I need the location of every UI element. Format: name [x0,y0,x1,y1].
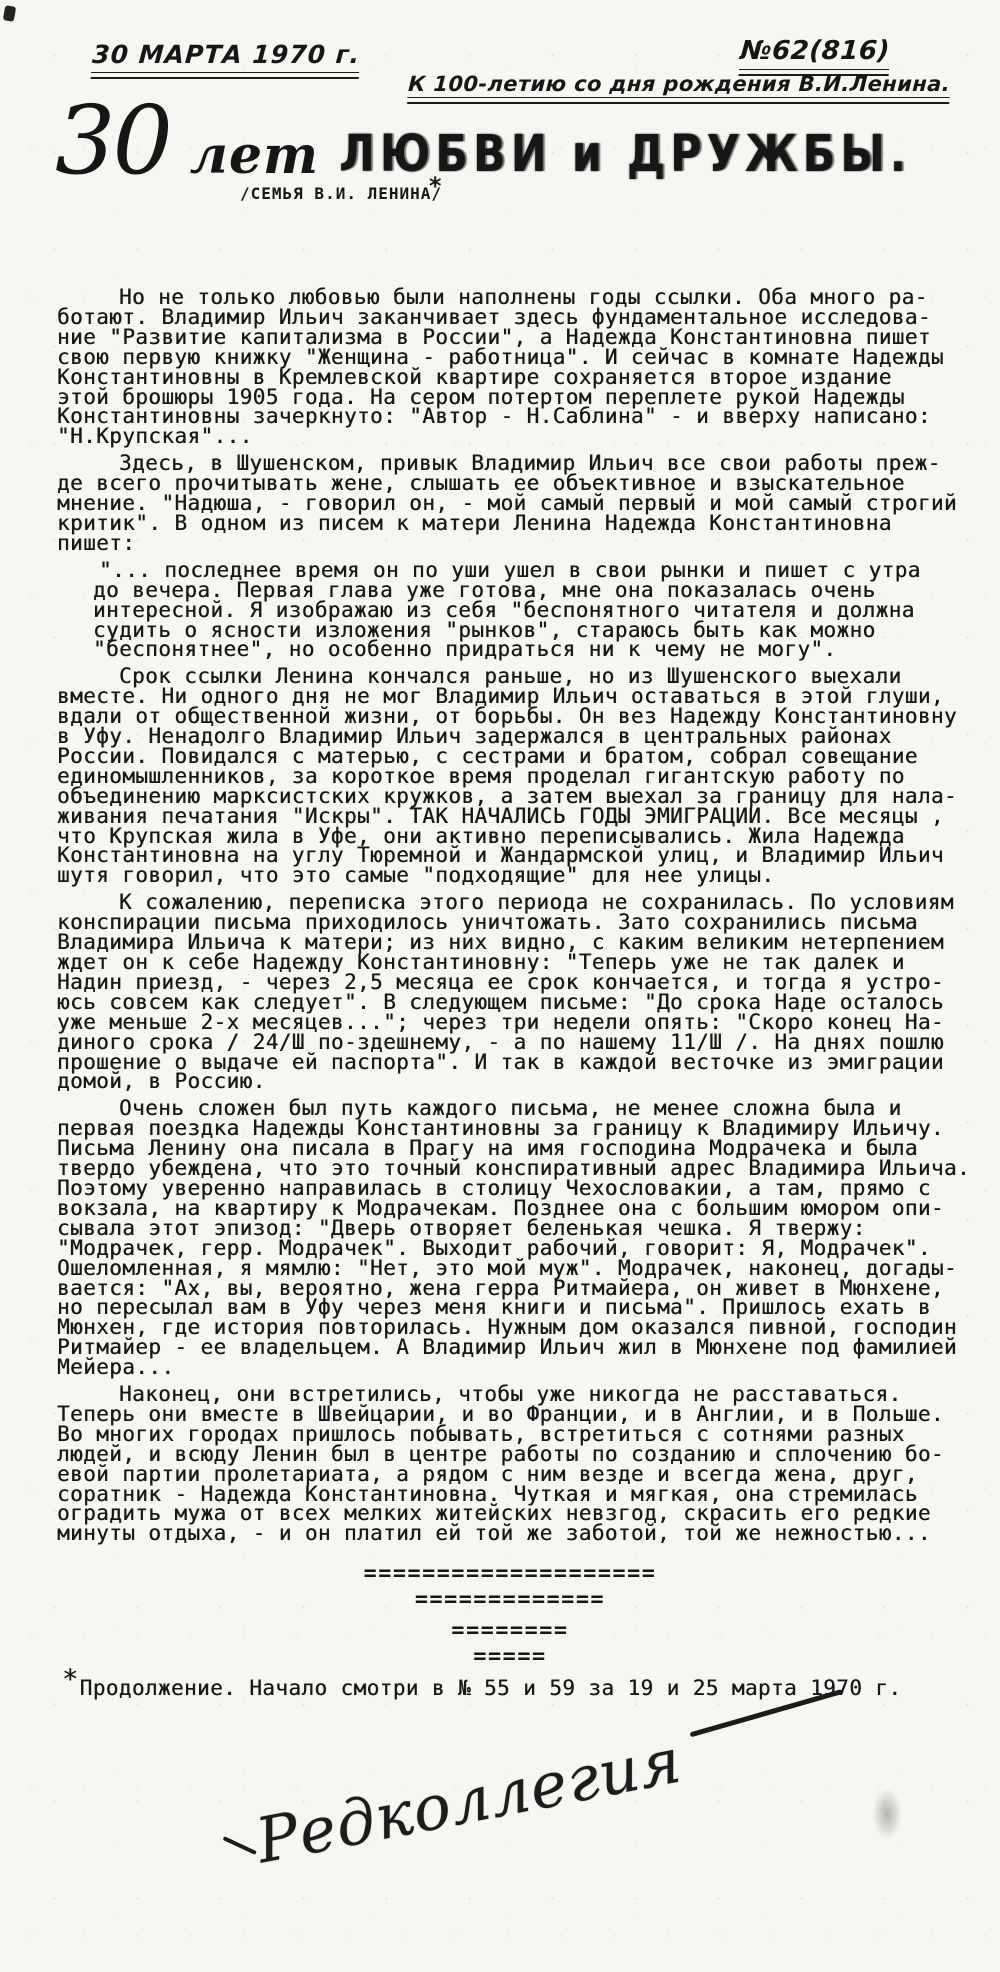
paragraph: Очень сложен был путь каждого письма, не… [57,1099,949,1378]
dedication-text: К 100-летию со дня рождения В.И.Ленина. [408,72,951,96]
issue-number: №62(816) [739,36,891,76]
footnote: *Продолжение. Начало смотри в № 55 и 59 … [62,1664,901,1700]
divider-row: ======== [10,1617,1000,1643]
main-title: 30 лет ЛЮБВИ и ДРУЖБЫ. [55,94,911,189]
scanned-document-page: 30 МАРТА 1970 г. №62(816) К 100-летию со… [0,0,1000,1972]
paragraph: "... последнее время он по уши ушел в св… [93,561,949,661]
body-text: Но не только любовью были наполнены годы… [57,288,949,1544]
paragraph: К сожалению, переписка этого периода не … [57,893,949,1092]
scan-smudge [872,1788,902,1840]
signature: Редколлегия [215,1691,856,1885]
footnote-text: Продолжение. Начало смотри в № 55 и 59 з… [80,1676,902,1700]
divider: ========================================… [10,1560,1000,1669]
subtitle: /СЕМЬЯ В.И. ЛЕНИНА/ [240,184,442,203]
date-underline [91,72,359,79]
signature-handwriting: Редколлегия [250,1724,687,1878]
paragraph: Наконец, они встретились, чтобы уже нико… [57,1385,949,1544]
scan-artifact [3,5,16,22]
issue-number-text: №62(816) [739,36,891,66]
subtitle-asterisk: * [428,172,442,200]
title-number: 30 [55,94,170,189]
divider-row: ==================== [10,1560,1000,1586]
document-date: 30 МАРТА 1970 г. [91,40,362,79]
footnote-asterisk: * [62,1664,79,1695]
paragraph: Но не только любовью были наполнены годы… [57,288,949,447]
document-date-text: 30 МАРТА 1970 г. [91,40,361,69]
title-word: лет [190,125,319,186]
divider-row: ============= [10,1586,1000,1612]
paragraph: Здесь, в Шушенском, привык Владимир Ильи… [57,454,949,554]
paragraph: Срок ссылки Ленина кончался раньше, но и… [57,667,949,886]
title-main-text: ЛЮБВИ и ДРУЖБЫ. [339,125,911,184]
signature-lead-stroke [223,1836,257,1855]
